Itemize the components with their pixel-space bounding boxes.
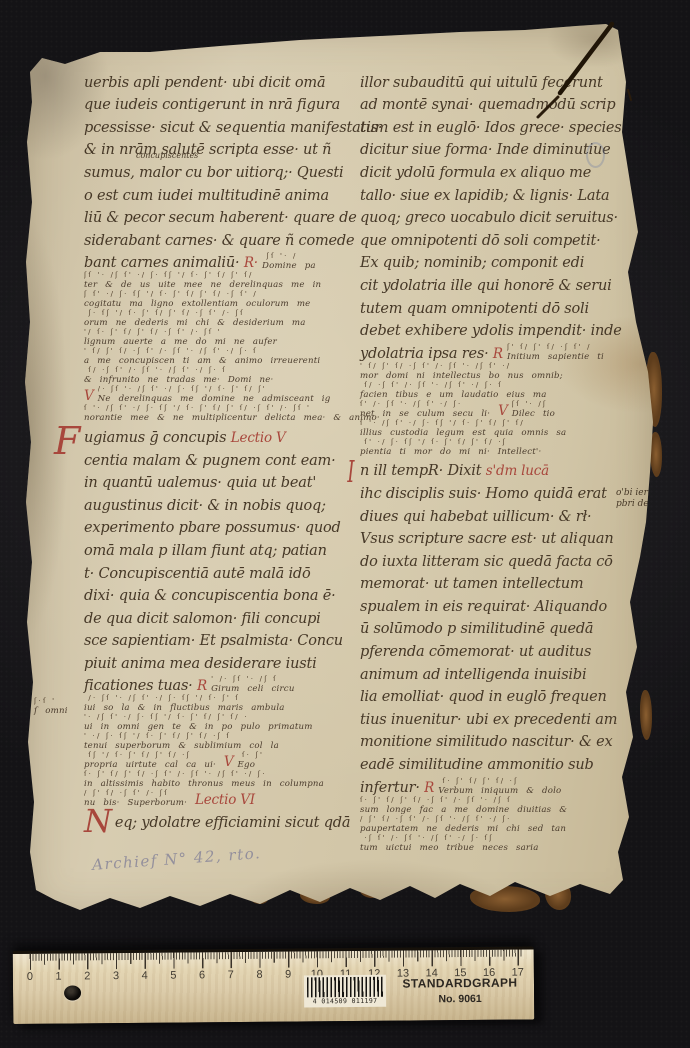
text-line: diues qui habebat uillicum· & rł·	[360, 502, 648, 525]
chant-text: sum longe fac a me domine diuitias &	[360, 805, 567, 815]
chant-text: ter & de us uite mee ne derelinquas me i…	[84, 280, 321, 290]
chant-text: propria uirtute cal ca ui·	[84, 760, 224, 770]
chant-line: ʃ· ſʃ '/ ſ· ʃ' ſ/ ʃ' ſ/ ·ʃ ſ' /· ʃſorum …	[84, 309, 372, 328]
illuminated-initial: F	[54, 419, 80, 463]
body-text: que omnipotenti dō soli competit·	[360, 233, 601, 249]
chant-text: orum ne dederis mi chi & desiderium ma	[84, 318, 306, 328]
ruler-number: 6	[199, 969, 205, 981]
text-line: ydolatria ipsa res· R ʃ' ſ/ ʃ' ſ/ ·ʃ ſ' …	[360, 339, 648, 362]
margin-note-text: ſ omni	[34, 706, 68, 716]
text-line: ū solūmodo p similitudinē quedā	[360, 615, 648, 638]
illuminated-initial: N	[84, 811, 112, 831]
body-text: infertur·	[360, 780, 424, 796]
chant-syllables: /· ʃſ '· /ʃ ſ' ·/ ʃ· ſʃ '/ ſ· ʃ' ſ/ ʃ'Ne…	[98, 385, 331, 404]
chant-text: Dilec tio	[512, 409, 555, 419]
chant-line: ' ſ/ ʃ' ſ/ ·ʃ ſ' /· ʃſ '· /ʃ ſ' ·/ mor d…	[360, 362, 648, 381]
chant-syllables: ʃ ſ' ·/ ʃ· ſʃ '/ ſ· ʃ' ſ/ ʃ' ſ/ ·ʃ ſ' /c…	[84, 290, 310, 309]
text-line: concupiscentessumus, malor cu bor uitior…	[84, 158, 372, 181]
neumes: ſ '· /ʃ ſ' ·/ ʃ· ſʃ '/ ſ· ʃ' ſ/ ʃ' ſ/ ·ʃ…	[84, 404, 380, 413]
neumes: ʃſ '· /	[262, 252, 316, 261]
chant-text: a me concupiscen ti am & animo irreueren…	[84, 356, 320, 366]
text-line: lia emolliat· quod in euglō frequen	[360, 683, 648, 706]
chant-line: / ʃ' ſ/ ·ʃ ſ' /· ʃſ '· /ʃ ſ' ·/ ʃ· paupe…	[360, 815, 648, 834]
ruler-model: No. 9061	[401, 993, 519, 1006]
chant-syllables: '· /ʃ ſ' ·/ ʃ· ſʃ '/ ſ· ʃ' ſ/ ʃ' ſ/ ·ui …	[84, 713, 313, 732]
neumes: ' /· ʃſ '· /ʃ ſ	[211, 675, 294, 684]
body-text: que iudeis contigerunt in nrā figura	[84, 97, 340, 113]
text-line: monitione similitudo nascitur· & ex	[360, 728, 648, 751]
ruler-number: 2	[84, 970, 90, 982]
text-line: sce sapientiam· Et psalmista· Concu	[84, 627, 372, 650]
neumes: / ʃ' ſ/ ·ʃ ſ' /· ʃſ '· /ʃ ſ' ·/ ʃ·	[360, 815, 566, 824]
rubric-text: Lectio VI	[195, 792, 255, 808]
text-line: de qua dicit salomon· fili concupi	[84, 604, 372, 627]
text-line: quoq; greco uocabulo dicit seruitus·	[360, 204, 648, 227]
neumes: ' ſ/ ʃ' ſ/ ·ʃ ſ' /· ʃſ '· /ʃ ſ' ·/ ʃ· ſ	[84, 347, 320, 356]
chant-text: tum uictui meo tribue neces saria	[360, 843, 539, 853]
chant-syllables: ʃſ '· /ʃ ſ' ·/ ʃ· ſʃ '/ ſ· ʃ' ſ/ ʃ' ſ/te…	[84, 271, 321, 290]
neumes: ſ· ʃ' ſ/ ʃ' ſ/ ·ʃ	[438, 777, 561, 786]
chant-text: net in se culum secu li·	[360, 409, 498, 419]
ruler: 01234567891011121314151617 4 014509 0111…	[13, 946, 535, 1024]
chant-syllables: ſ '· /ʃ ſ' ·/ ʃ· ſʃ '/ ſ· ʃ' ſ/ ʃ' ſ/ill…	[360, 419, 566, 438]
barcode-bars	[307, 977, 383, 998]
chant-text: norantie mee & ne multiplicentur delicta…	[84, 413, 380, 423]
ruler-tick-scale	[30, 950, 522, 970]
chant-line: ſʃ '/ ſ· ʃ' ſ/ ʃ' ſ/ ·ʃ propria uirtute …	[84, 751, 372, 770]
chant-syllables: ſ· ʃ' ſ/ ʃ' ſ/ ·ʃ ſ' /· ʃſ '· /ʃ ſsum lo…	[360, 796, 567, 815]
neumes: ʃ ſ' ·/ ʃ· ſʃ '/ ſ· ʃ' ſ/ ʃ' ſ/ ·ʃ ſ' /	[84, 290, 310, 299]
chant-syllables: ' /· ʃſ '· /ʃ ſGirum celi circu	[211, 675, 294, 694]
chant-line: ſ' ·/ ʃ· ſʃ '/ ſ· ʃ' ſ/ ʃ' ſ/ ·ʃ pientia…	[360, 438, 648, 457]
body-text: sce sapientiam· Et psalmista· Concu	[84, 633, 343, 649]
chant-syllables: /· ʃſ '· /ʃ ſ' ·/ ʃ· ſʃ '/ ſ· ʃ' ſiui so…	[84, 694, 285, 713]
ruler-number: 0	[27, 971, 33, 983]
chant-syllables: ſʃ '/ ſ· ʃ' ſ/ ʃ' ſ/ ·ʃ propria uirtute …	[84, 751, 224, 770]
rubric-text: V	[498, 403, 512, 419]
body-text: omā mala p illam fiunt atq; patian	[84, 543, 327, 559]
body-text: tutem quam omnipotenti dō soli	[360, 301, 589, 317]
neumes: ʃ· ſʃ '/ ſ· ʃ' ſ/ ʃ' ſ/ ·ʃ ſ' /· ʃſ	[84, 309, 306, 318]
body-text: eadē similitudine ammonitio sub	[360, 757, 594, 773]
ruler-number: 9	[285, 969, 291, 981]
left-text-column: uerbis apli pendent· ubi dicit omāque iu…	[84, 68, 372, 831]
chant-text: Ego	[238, 760, 265, 770]
ruler-number: 1	[55, 971, 61, 983]
neumes: ſʃ '/ ſ· ʃ' ſ/ ʃ' ſ/ ·ʃ	[84, 751, 224, 760]
text-line: spualem in eis requirat· Aliquando	[360, 592, 648, 615]
chant-syllables: ſ· ʃ'Ego	[238, 751, 265, 770]
body-text: liū & pecor secum haberent· quare de	[84, 210, 357, 226]
neumes: ſ/ ·ʃ ſ' /· ʃſ '· /ʃ ſ' ·/ ʃ· ſ	[360, 381, 547, 390]
barcode: 4 014509 011197	[304, 975, 386, 1008]
neumes: ſ' /· ʃſ '· /ʃ ſ' ·/ ʃ·	[360, 400, 498, 409]
text-line: debet exhibere ydolis impendit· inde	[360, 317, 648, 340]
body-text: pferenda cōmemorat· ut auditus	[360, 644, 591, 660]
text-line: omā mala p illam fiunt atq; patian	[84, 536, 372, 559]
body-text: ficationes tuas·	[84, 678, 197, 694]
text-line: Vsus scripture sacre est· ut aliquan	[360, 525, 648, 548]
faint-blue-mark	[586, 142, 605, 168]
rubric-text: R	[197, 678, 211, 694]
text-line: experimento pbare possumus· quod	[84, 514, 372, 537]
illuminated-initial: I	[347, 455, 354, 490]
margin-note-left: ʃ·ſ ' ſ omni	[34, 688, 68, 716]
chant-line: ʃ ſ' ·/ ʃ· ſʃ '/ ſ· ʃ' ſ/ ʃ' ſ/ ·ʃ ſ' /c…	[84, 290, 372, 309]
chant-syllables: ' ſ/ ʃ' ſ/ ·ʃ ſ' /· ʃſ '· /ʃ ſ' ·/ ʃ· ſa…	[84, 347, 320, 366]
body-text: siderabant carnes· & quare ñ comede	[84, 233, 354, 249]
margin-note-line: pbri de	[616, 499, 653, 510]
body-text: spualem in eis requirat· Aliquando	[360, 599, 607, 615]
text-line: cit ydolatria ille qui honorē & serui	[360, 271, 648, 294]
body-text: de qua dicit salomon· fili concupi	[84, 611, 321, 627]
right-text-column: illor subauditū qui uitulū feceruntad mo…	[360, 68, 648, 853]
chant-line: ſ' /· ʃſ '· /ʃ ſ' ·/ ʃ·net in se culum s…	[360, 400, 648, 419]
chant-text: mor domi ni intellectus bo nus omnib;	[360, 371, 563, 381]
text-line: que iudeis contigerunt in nrā figura	[84, 91, 372, 114]
rubric-text: V	[224, 754, 238, 770]
body-text: ū solūmodo p similitudinē quedā	[360, 621, 593, 637]
neumes: / ʃ' ſ/ ·ʃ ſ' /· ʃſ	[84, 789, 195, 798]
text-line: In ill tempR· Dixit s'dm lucā	[360, 457, 648, 480]
text-line: in quantū ualemus· quia ut beat'	[84, 469, 372, 492]
body-text: uerbis apli pendent· ubi dicit omā	[84, 75, 325, 91]
text-line: uerbis apli pendent· ubi dicit omā	[84, 68, 372, 91]
rubric-text: R	[424, 780, 438, 796]
body-text: dicitur siue forma· Inde diminutiue	[360, 142, 611, 158]
chant-text: facien tibus e um laudatio eius ma	[360, 390, 547, 400]
chant-line: '· /ʃ ſ' ·/ ʃ· ſʃ '/ ſ· ʃ' ſ/ ʃ' ſ/ ·ui …	[84, 713, 372, 732]
body-text: animum ad intelligenda inuisibi	[360, 667, 586, 683]
neumes: ·ʃ ſ' /· ʃſ '· /ʃ ſ' ·/ ʃ· ſʃ	[360, 834, 539, 843]
neumes: ſ· ʃ' ſ/ ʃ' ſ/ ·ʃ ſ' /· ʃſ '· /ʃ ſ	[360, 796, 567, 805]
chant-line: ' ſ/ ʃ' ſ/ ·ʃ ſ' /· ʃſ '· /ʃ ſ' ·/ ʃ· ſa…	[84, 347, 372, 366]
chant-line: '/ ſ· ʃ' ſ/ ʃ' ſ/ ·ʃ ſ' /· ʃſ 'lignum au…	[84, 328, 372, 347]
chant-line: /· ʃſ '· /ʃ ſ' ·/ ʃ· ſʃ '/ ſ· ʃ' ſiui so…	[84, 694, 372, 713]
chant-syllables: ſ· ʃ' ſ/ ʃ' ſ/ ·ʃ ſ' /· ʃſ '· /ʃ ſ' ·/ ʃ…	[84, 770, 324, 789]
chant-text: Domine pa	[262, 261, 316, 271]
neumes: /· ʃſ '· /ʃ ſ' ·/ ʃ· ſʃ '/ ſ· ʃ' ſ/ ʃ'	[98, 385, 331, 394]
neumes: ſ· ʃ'	[238, 751, 265, 760]
text-line: infertur· R ſ· ʃ' ſ/ ʃ' ſ/ ·ʃ Verbum ini…	[360, 773, 648, 796]
body-text: debet exhibere ydolis impendit· inde	[360, 323, 622, 339]
text-line: centia malam & pugnem cont eam·	[84, 446, 372, 469]
neumes: /· ʃſ '· /ʃ ſ' ·/ ʃ· ſʃ '/ ſ· ʃ' ſ	[84, 694, 285, 703]
text-line: pferenda cōmemorat· ut auditus	[360, 637, 648, 660]
text-line: memorat· ut tamen intellectum	[360, 570, 648, 593]
body-text: tius inuenitur· ubi ex precedenti am	[360, 712, 617, 728]
text-line: & in nrām salutē scripta esse· ut ñ	[84, 136, 372, 159]
chant-syllables: ſ/ ·ʃ ſ' /· ʃſ '· /ʃ ſ' ·/ ʃ· ſ& infruni…	[84, 366, 273, 385]
ruler-number: 5	[170, 970, 176, 982]
body-text: & in nrām salutē scripta esse· ut ñ	[84, 142, 331, 158]
text-line: tutem quam omnipotenti dō soli	[360, 294, 648, 317]
body-text: ihc disciplis suis· Homo quidā erat	[360, 486, 607, 502]
body-text: n ill tempR· Dixit	[360, 463, 486, 479]
body-text: o est cum iudei multitudinē anima	[84, 188, 329, 204]
body-text: sumus, malor cu bor uitiorq;· Questi	[84, 165, 343, 181]
chant-line: V /· ʃſ '· /ʃ ſ' ·/ ʃ· ſʃ '/ ſ· ʃ' ſ/ ʃ'…	[84, 385, 372, 404]
neumes: ſ· ʃ' ſ/ ʃ' ſ/ ·ʃ ſ' /· ʃſ '· /ʃ ſ' ·/ ʃ…	[84, 770, 324, 779]
body-text: cit ydolatria ille qui honorē & serui	[360, 278, 612, 294]
chant-line: ʃſ '· /ʃ ſ' ·/ ʃ· ſʃ '/ ſ· ʃ' ſ/ ʃ' ſ/te…	[84, 271, 372, 290]
text-line: Neq; ydolatre efficiamini sicut qdā	[84, 808, 372, 831]
ruler-number: 4	[142, 970, 148, 982]
chant-text: Verbum iniquum & dolo	[438, 786, 561, 796]
ruler-brand-block: STANDARDGRAPH No. 9061	[401, 976, 519, 1006]
rubric-text: s'dm lucā	[486, 463, 549, 479]
text-line: piuit anima mea desiderare iusti	[84, 649, 372, 672]
text-line: dicit ydolū formula ex aliquo me	[360, 158, 648, 181]
text-line: animum ad intelligenda inuisibi	[360, 660, 648, 683]
rubric-text: R·	[244, 255, 262, 271]
text-line: tallo· siue ex lapidib; & lignis· Lata	[360, 181, 648, 204]
ruler-brand: STANDARDGRAPH	[401, 976, 519, 991]
ink-stroke-marks	[500, 10, 650, 130]
body-text: piuit anima mea desiderare iusti	[84, 656, 317, 672]
neumes: ʃſ '· /ʃ	[512, 400, 555, 409]
chant-text: tenui superborum & sublimium col la	[84, 741, 279, 751]
interlinear-gloss: concupiscentes	[136, 151, 198, 160]
body-text: memorat· ut tamen intellectum	[360, 576, 583, 592]
chant-syllables: ſ '· /ʃ ſ' ·/ ʃ· ſʃ '/ ſ· ʃ' ſ/ ʃ' ſ/ ·ʃ…	[84, 404, 380, 423]
margin-note-right: o'bi iero pbri de	[616, 488, 653, 510]
neumes: ʃ·ſ '	[34, 697, 68, 706]
text-line: ihc disciplis suis· Homo quidā erat	[360, 479, 648, 502]
ruler-hole	[64, 985, 81, 1000]
body-text: eq; ydolatre efficiamini sicut qdā	[115, 815, 351, 831]
text-line: o est cum iudei multitudinē anima	[84, 181, 372, 204]
chant-text: & infrunito ne tradas me· Domi ne·	[84, 375, 273, 385]
body-text: in quantū ualemus· quia ut beat'	[84, 475, 316, 491]
neumes: ſ/ ·ʃ ſ' /· ʃſ '· /ʃ ſ' ·/ ʃ· ſ	[84, 366, 273, 375]
text-line: Ex quib; nominib; componit edi	[360, 249, 648, 272]
body-text: monitione similitudo nascitur· & ex	[360, 734, 612, 750]
body-text: experimento pbare possumus· quod	[84, 520, 341, 536]
body-text: pcessisse· sicut & sequentia manifestati…	[84, 120, 382, 136]
rubric-text: R	[493, 346, 507, 362]
text-line: ficationes tuas· R ' /· ʃſ '· /ʃ ſGirum …	[84, 672, 372, 695]
text-line: siderabant carnes· & quare ñ comede	[84, 226, 372, 249]
chant-syllables: ' ·/ ʃ· ſʃ '/ ſ· ʃ' ſ/ ʃ' ſ/ ·ʃ ſtenui s…	[84, 732, 279, 751]
chant-line: ſ· ʃ' ſ/ ʃ' ſ/ ·ʃ ſ' /· ʃſ '· /ʃ ſ' ·/ ʃ…	[84, 770, 372, 789]
neumes: ' ſ/ ʃ' ſ/ ·ʃ ſ' /· ʃſ '· /ʃ ſ' ·/	[360, 362, 563, 371]
chant-syllables: ſ' ·/ ʃ· ſʃ '/ ſ· ʃ' ſ/ ʃ' ſ/ ·ʃ pientia…	[360, 438, 541, 457]
neumes: '· /ʃ ſ' ·/ ʃ· ſʃ '/ ſ· ʃ' ſ/ ʃ' ſ/ ·	[84, 713, 313, 722]
body-text: diues qui habebat uillicum· & rł·	[360, 509, 591, 525]
body-text: dicit ydolū formula ex aliquo me	[360, 165, 591, 181]
text-line: bant carnes animaliū· R· ʃſ '· /Domine p…	[84, 249, 372, 272]
chant-text: lignum auerte a me do mi ne aufer	[84, 337, 277, 347]
body-text: Vsus scripture sacre est· ut aliquan	[360, 531, 614, 547]
chant-text: pientia ti mor do mi ni· Intellect'·	[360, 447, 541, 457]
chant-text: ui in omni gen te & in po pulo primatum	[84, 722, 313, 732]
text-line: do iuxta litteram sic quedā facta cō	[360, 547, 648, 570]
margin-chant: ʃ·ſ ' ſ omni	[34, 697, 68, 716]
margin-note-line: o'bi iero	[616, 488, 653, 499]
neumes: '/ ſ· ʃ' ſ/ ʃ' ſ/ ·ʃ ſ' /· ʃſ '	[84, 328, 277, 337]
chant-syllables: ʃſ '· /ʃDilec tio	[512, 400, 555, 419]
text-line: eadē similitudine ammonitio sub	[360, 750, 648, 773]
chant-text: Ne derelinquas me domine ne admisceant i…	[98, 394, 331, 404]
text-line: augustinus dicit· & in nobis quoq;	[84, 491, 372, 514]
body-text: centia malam & pugnem cont eam·	[84, 453, 336, 469]
photo-background: uerbis apli pendent· ubi dicit omāque iu…	[0, 0, 690, 1048]
chant-syllables: ʃſ '· /Domine pa	[262, 252, 316, 271]
chant-line: ſ· ʃ' ſ/ ʃ' ſ/ ·ʃ ſ' /· ʃſ '· /ʃ ſsum lo…	[360, 796, 648, 815]
body-text: lia emolliat· quod in euglō frequen	[360, 689, 607, 705]
body-text: tallo· siue ex lapidib; & lignis· Lata	[360, 188, 609, 204]
neumes: ' ·/ ʃ· ſʃ '/ ſ· ʃ' ſ/ ʃ' ſ/ ·ʃ ſ	[84, 732, 279, 741]
chant-line: / ʃ' ſ/ ·ʃ ſ' /· ʃſnu bis· Superborum· L…	[84, 789, 372, 808]
neumes: ʃſ '· /ʃ ſ' ·/ ʃ· ſʃ '/ ſ· ʃ' ſ/ ʃ' ſ/	[84, 271, 321, 280]
chant-syllables: ſ/ ·ʃ ſ' /· ʃſ '· /ʃ ſ' ·/ ʃ· ſfacien ti…	[360, 381, 547, 400]
chant-syllables: / ʃ' ſ/ ·ʃ ſ' /· ʃſ '· /ʃ ſ' ·/ ʃ· paupe…	[360, 815, 566, 834]
chant-syllables: ·ʃ ſ' /· ʃſ '· /ʃ ſ' ·/ ʃ· ſʃ tum uictui…	[360, 834, 539, 853]
rubric-text: Lectio V	[231, 430, 286, 446]
chant-text: paupertatem ne dederis mi chi sed tan	[360, 824, 566, 834]
text-line: tius inuenitur· ubi ex precedenti am	[360, 705, 648, 728]
body-text: t· Concupiscentiā autē malā idō	[84, 566, 311, 582]
body-text: augustinus dicit· & in nobis quoq;	[84, 498, 326, 514]
chant-line: ſ '· /ʃ ſ' ·/ ʃ· ſʃ '/ ſ· ʃ' ſ/ ʃ' ſ/ ·ʃ…	[84, 404, 372, 423]
ruler-number: 8	[256, 969, 262, 981]
body-text: do iuxta litteram sic quedā facta cō	[360, 554, 613, 570]
ruler-number: 3	[113, 970, 119, 982]
chant-text: iui so la & in fluctibus maris ambula	[84, 703, 285, 713]
rubric-text: V	[84, 388, 98, 404]
chant-line: ſ '· /ʃ ſ' ·/ ʃ· ſʃ '/ ſ· ʃ' ſ/ ʃ' ſ/ill…	[360, 419, 648, 438]
chant-syllables: ſ' /· ʃſ '· /ʃ ſ' ·/ ʃ·net in se culum s…	[360, 400, 498, 419]
chant-text: illius custodia legum est quia omnis sa	[360, 428, 566, 438]
barcode-digits: 4 014509 011197	[307, 997, 383, 1006]
neumes: ſ '· /ʃ ſ' ·/ ʃ· ſʃ '/ ſ· ʃ' ſ/ ʃ' ſ/	[360, 419, 566, 428]
manuscript-leaf: uerbis apli pendent· ubi dicit omāque iu…	[20, 22, 660, 922]
torn-parchment-bit	[640, 690, 652, 740]
neumes: ʃ' ſ/ ʃ' ſ/ ·ʃ ſ' /	[507, 343, 604, 352]
body-text: ugiamus ḡ concupis	[84, 430, 231, 446]
chant-text: in altissimis habito thronus meus in col…	[84, 779, 324, 789]
chant-line: ' ·/ ʃ· ſʃ '/ ſ· ʃ' ſ/ ʃ' ſ/ ·ʃ ſtenui s…	[84, 732, 372, 751]
body-text: bant carnes animaliū·	[84, 255, 244, 271]
chant-line: ſ/ ·ʃ ſ' /· ʃſ '· /ʃ ſ' ·/ ʃ· ſ& infruni…	[84, 366, 372, 385]
body-text: dixi· quia & concupiscentia bona ē·	[84, 588, 336, 604]
chant-syllables: '/ ſ· ʃ' ſ/ ʃ' ſ/ ·ʃ ſ' /· ʃſ 'lignum au…	[84, 328, 277, 347]
chant-text: Initium sapientie ti	[507, 352, 604, 362]
chant-syllables: ʃ' ſ/ ʃ' ſ/ ·ʃ ſ' /Initium sapientie ti	[507, 343, 604, 362]
chant-line: ſ/ ·ʃ ſ' /· ʃſ '· /ʃ ſ' ·/ ʃ· ſfacien ti…	[360, 381, 648, 400]
chant-text: cogitatu ma ligno extollentiam oculorum …	[84, 299, 310, 309]
chant-syllables: ʃ· ſʃ '/ ſ· ʃ' ſ/ ʃ' ſ/ ·ʃ ſ' /· ʃſorum …	[84, 309, 306, 328]
chant-syllables: ' ſ/ ʃ' ſ/ ·ʃ ſ' /· ʃſ '· /ʃ ſ' ·/ mor d…	[360, 362, 563, 381]
text-line: dixi· quia & concupiscentia bona ē·	[84, 582, 372, 605]
body-text: ydolatria ipsa res·	[360, 346, 493, 362]
neumes: ſ' ·/ ʃ· ſʃ '/ ſ· ʃ' ſ/ ʃ' ſ/ ·ʃ	[360, 438, 541, 447]
text-line: t· Concupiscentiā autē malā idō	[84, 559, 372, 582]
ruler-number: 7	[228, 969, 234, 981]
text-line: pcessisse· sicut & sequentia manifestati…	[84, 113, 372, 136]
chant-syllables: ſ· ʃ' ſ/ ʃ' ſ/ ·ʃ Verbum iniquum & dolo	[438, 777, 561, 796]
chant-line: ·ʃ ſ' /· ʃſ '· /ʃ ſ' ·/ ʃ· ſʃ tum uictui…	[360, 834, 648, 853]
text-line: que omnipotenti dō soli competit·	[360, 226, 648, 249]
body-text: Ex quib; nominib; componit edi	[360, 255, 584, 271]
text-line: Fugiamus ḡ concupis Lectio V	[84, 423, 372, 446]
text-line: liū & pecor secum haberent· quare de	[84, 204, 372, 227]
body-text: quoq; greco uocabulo dicit seruitus·	[360, 210, 618, 226]
chant-text: Girum celi circu	[211, 684, 294, 694]
